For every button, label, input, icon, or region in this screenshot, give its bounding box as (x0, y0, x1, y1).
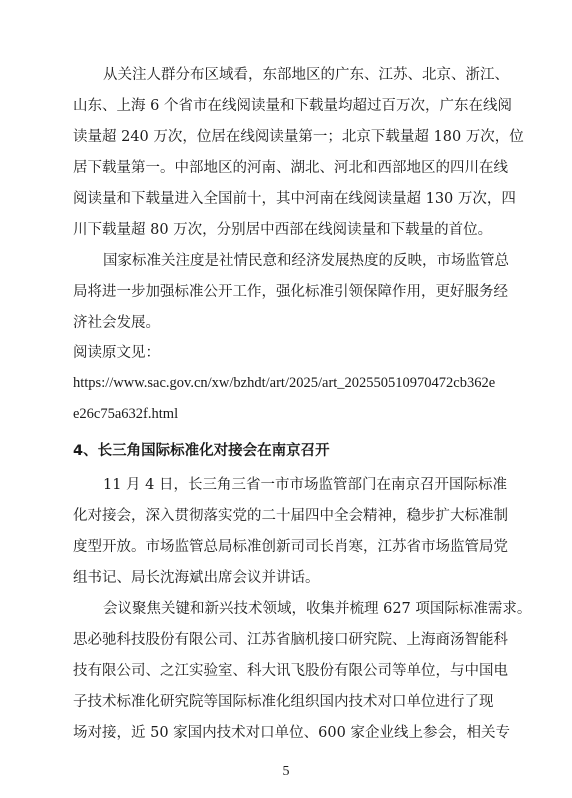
paragraph-line: 居下载量第一。中部地区的河南、湖北、河北和西部地区的四川在线 (73, 157, 453, 179)
paragraph-line: 思必驰科技股份有限公司、江苏省脑机接口研究院、上海商汤智能科 (73, 629, 453, 651)
paragraph-line: 从关注人群分布区域看，东部地区的广东、江苏、北京、浙江、 (103, 64, 453, 86)
paragraph-line: 会议聚焦关键和新兴技术领域，收集并梳理 627 项国际标准需求。 (103, 598, 453, 620)
section-heading: 4、长三角国际标准化对接会在南京召开 (73, 440, 330, 462)
source-url-link[interactable]: https://www.sac.gov.cn/xw/bzhdt/art/2025… (73, 372, 453, 394)
paragraph-line: 技有限公司、之江实验室、科大讯飞股份有限公司等单位，与中国电 (73, 660, 453, 682)
page-number: 5 (0, 764, 572, 780)
paragraph-line: 场对接，近 50 家国内技术对口单位、600 家企业线上参会，相关专 (73, 722, 453, 744)
paragraph-line: 济社会发展。 (73, 312, 453, 334)
paragraph-line: 子技术标准化研究院等国际标准化组织国内技术对口单位进行了现 (73, 691, 453, 713)
paragraph-line: 读量超 240 万次，位居在线阅读量第一；北京下载量超 180 万次，位 (73, 126, 453, 148)
source-url-link-continued[interactable]: e26c75a632f.html (73, 403, 453, 425)
read-original-label: 阅读原文见： (73, 342, 453, 364)
paragraph-line: 山东、上海 6 个省市在线阅读量和下载量均超过百万次，广东在线阅 (73, 95, 453, 117)
paragraph-line: 组书记、局长沈海斌出席会议并讲话。 (73, 567, 453, 589)
document-page: 从关注人群分布区域看，东部地区的广东、江苏、北京、浙江、 山东、上海 6 个省市… (0, 0, 572, 798)
paragraph-line: 川下载量超 80 万次，分别居中西部在线阅读量和下载量的首位。 (73, 219, 453, 241)
paragraph-line: 国家标准关注度是社情民意和经济发展热度的反映，市场监管总 (103, 250, 453, 272)
paragraph-line: 阅读量和下载量进入全国前十，其中河南在线阅读量超 130 万次，四 (73, 188, 453, 210)
paragraph-line: 化对接会，深入贯彻落实党的二十届四中全会精神，稳步扩大标准制 (73, 505, 453, 527)
paragraph-line: 局将进一步加强标准公开工作，强化标准引领保障作用，更好服务经 (73, 281, 453, 303)
paragraph-line: 11 月 4 日，长三角三省一市市场监管部门在南京召开国际标准 (103, 474, 453, 496)
paragraph-line: 度型开放。市场监管总局标准创新司司长肖寒，江苏省市场监管局党 (73, 536, 453, 558)
